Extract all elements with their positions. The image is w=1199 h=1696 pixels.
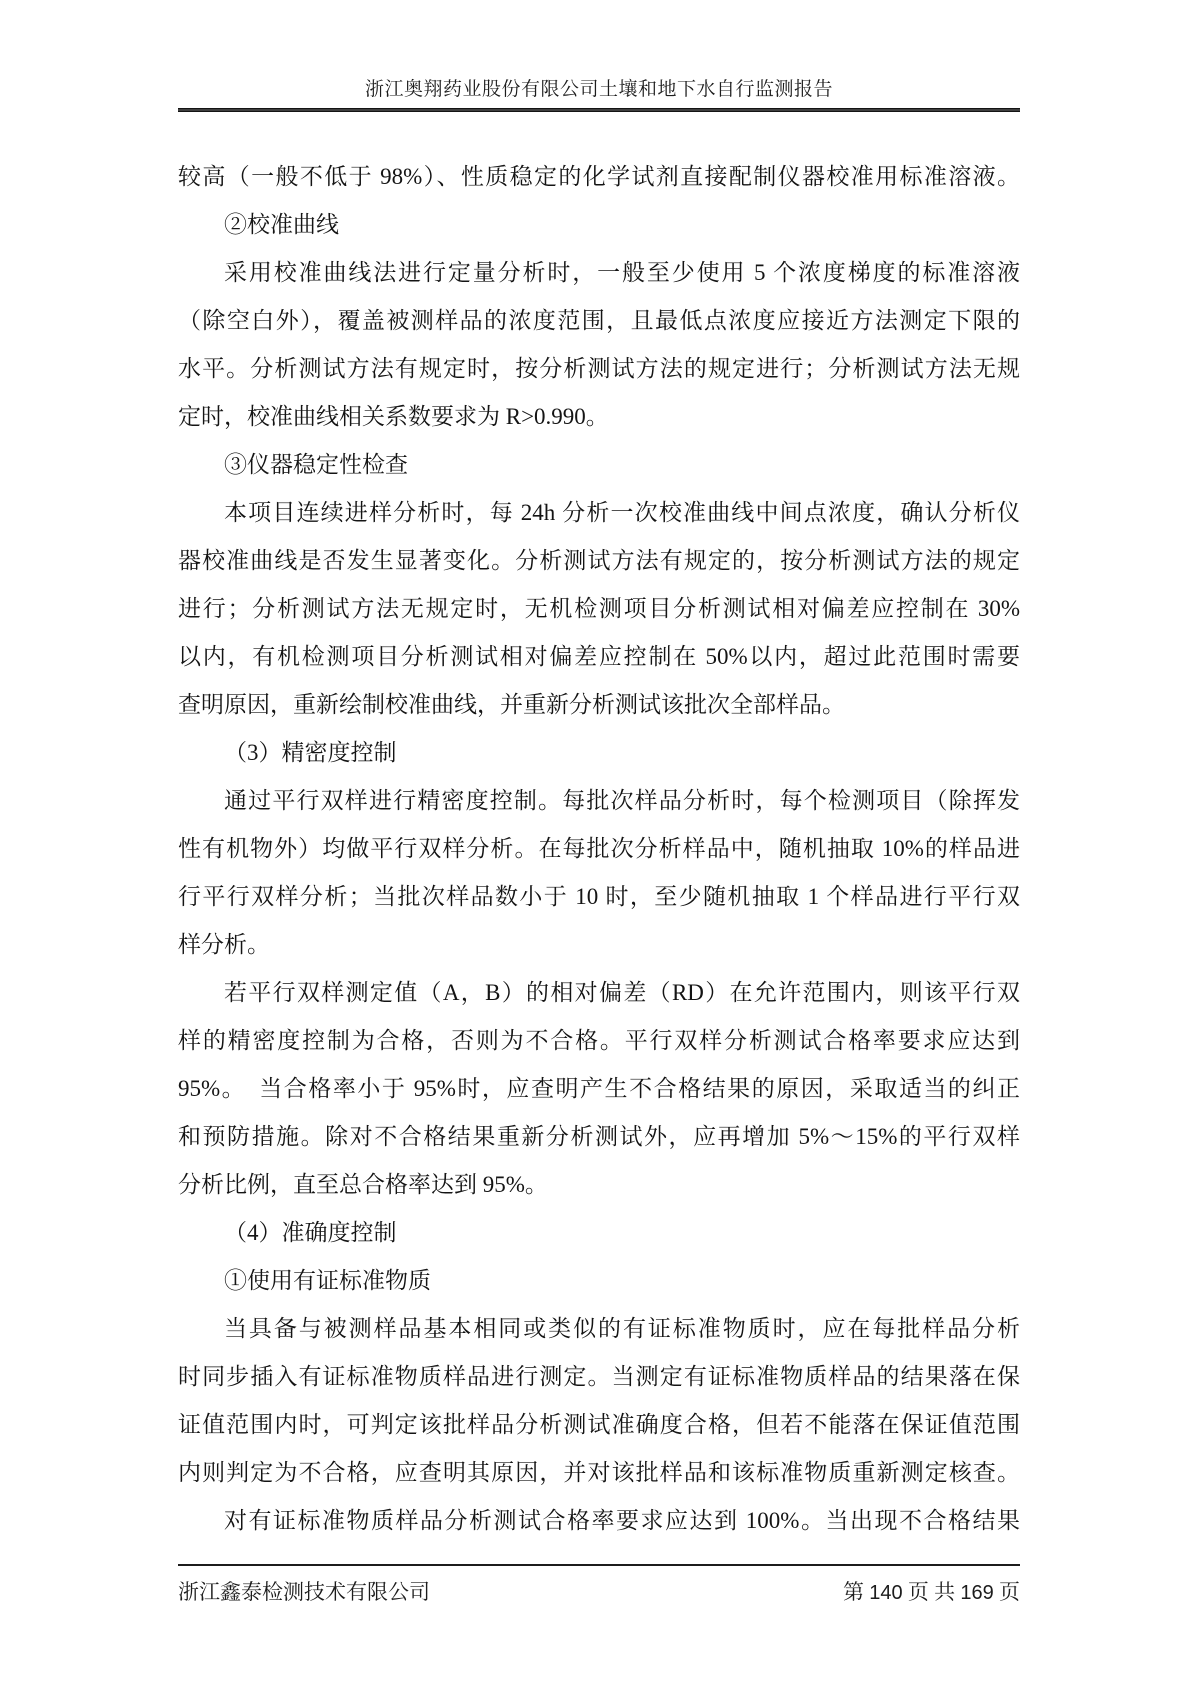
page-header-title: 浙江奥翔药业股份有限公司土壤和地下水自行监测报告 <box>178 74 1020 101</box>
page-label-mid: 页 共 <box>908 1580 955 1604</box>
text-line: 若平行双样测定值（A，B）的相对偏差（RD）在允许范围内，则该平行双 <box>178 969 1020 1017</box>
text-line: ②校准曲线 <box>178 201 1020 249</box>
footer-page-indicator: 第 140 页 共 169 页 <box>843 1576 1020 1606</box>
text-line: 本项目连续进样分析时，每 24h 分析一次校准曲线中间点浓度，确认分析仪 <box>178 489 1020 537</box>
text-line: 分析比例，直至总合格率达到 95%。 <box>178 1161 1020 1209</box>
text-line: 以内，有机检测项目分析测试相对偏差应控制在 50%以内，超过此范围时需要 <box>178 633 1020 681</box>
text-line: 采用校准曲线法进行定量分析时，一般至少使用 5 个浓度梯度的标准溶液 <box>178 249 1020 297</box>
page-label-prefix: 第 <box>843 1580 864 1604</box>
total-page-number: 169 <box>960 1582 993 1604</box>
text-line: 查明原因，重新绘制校准曲线，并重新分析测试该批次全部样品。 <box>178 681 1020 729</box>
header-divider <box>178 108 1020 112</box>
text-line: （除空白外），覆盖被测样品的浓度范围，且最低点浓度应接近方法测定下限的 <box>178 297 1020 345</box>
text-line: ①使用有证标准物质 <box>178 1257 1020 1305</box>
text-line: 行平行双样分析；当批次样品数小于 10 时，至少随机抽取 1 个样品进行平行双 <box>178 873 1020 921</box>
page-label-suffix: 页 <box>999 1580 1020 1604</box>
text-line: 证值范围内时，可判定该批样品分析测试准确度合格，但若不能落在保证值范围 <box>178 1401 1020 1449</box>
text-line: 内则判定为不合格，应查明其原因，并对该批样品和该标准物质重新测定核查。 <box>178 1449 1020 1497</box>
text-line: （4）准确度控制 <box>178 1209 1020 1257</box>
page-footer: 浙江鑫泰检测技术有限公司 第 140 页 共 169 页 <box>178 1576 1020 1606</box>
text-line: 器校准曲线是否发生显著变化。分析测试方法有规定的，按分析测试方法的规定 <box>178 537 1020 585</box>
text-line: 95%。 当合格率小于 95%时，应查明产生不合格结果的原因，采取适当的纠正 <box>178 1065 1020 1113</box>
text-line: 性有机物外）均做平行双样分析。在每批次分析样品中，随机抽取 10%的样品进 <box>178 825 1020 873</box>
document-page: 浙江奥翔药业股份有限公司土壤和地下水自行监测报告 较高（一般不低于 98%）、性… <box>0 0 1199 1696</box>
text-line: （3）精密度控制 <box>178 729 1020 777</box>
text-line: 定时，校准曲线相关系数要求为 R>0.990。 <box>178 393 1020 441</box>
current-page-number: 140 <box>869 1582 902 1604</box>
footer-divider <box>178 1564 1020 1566</box>
text-line: 进行；分析测试方法无规定时，无机检测项目分析测试相对偏差应控制在 30% <box>178 585 1020 633</box>
text-line: 较高（一般不低于 98%）、性质稳定的化学试剂直接配制仪器校准用标准溶液。 <box>178 153 1020 201</box>
text-line: 当具备与被测样品基本相同或类似的有证标准物质时，应在每批样品分析 <box>178 1305 1020 1353</box>
text-line: 时同步插入有证标准物质样品进行测定。当测定有证标准物质样品的结果落在保 <box>178 1353 1020 1401</box>
text-line: ③仪器稳定性检查 <box>178 441 1020 489</box>
text-line: 样分析。 <box>178 921 1020 969</box>
document-body: 较高（一般不低于 98%）、性质稳定的化学试剂直接配制仪器校准用标准溶液。②校准… <box>178 153 1020 1545</box>
text-line: 水平。分析测试方法有规定时，按分析测试方法的规定进行；分析测试方法无规 <box>178 345 1020 393</box>
footer-company: 浙江鑫泰检测技术有限公司 <box>178 1576 430 1606</box>
text-line: 和预防措施。除对不合格结果重新分析测试外，应再增加 5%～15%的平行双样 <box>178 1113 1020 1161</box>
text-line: 对有证标准物质样品分析测试合格率要求应达到 100%。当出现不合格结果 <box>178 1497 1020 1545</box>
text-line: 样的精密度控制为合格，否则为不合格。平行双样分析测试合格率要求应达到 <box>178 1017 1020 1065</box>
text-line: 通过平行双样进行精密度控制。每批次样品分析时，每个检测项目（除挥发 <box>178 777 1020 825</box>
